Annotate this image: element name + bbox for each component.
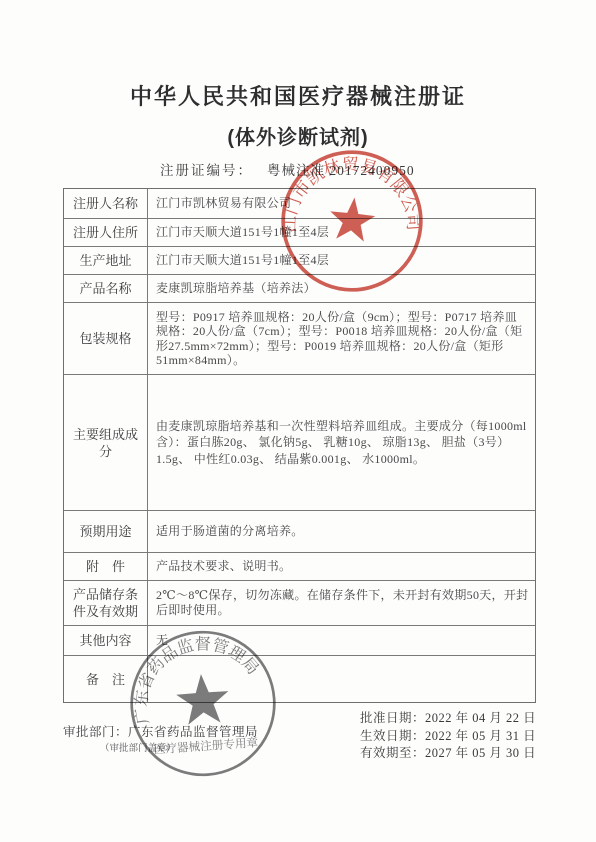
- expiry-date-label: 有效期至：: [360, 746, 425, 760]
- row-value: 江门市天顺大道151号1幢1至4层: [148, 219, 535, 246]
- registration-number-line: 注册证编号：粤械注准 20172400950: [160, 159, 415, 179]
- effective-date-label: 生效日期：: [360, 729, 425, 743]
- effective-date-value: 2022 年 05 月 31 日: [425, 729, 536, 743]
- row-value: 2℃～8℃保存，切勿冻藏。在储存条件下，未开封有效期50天，开封后即时使用。: [148, 581, 535, 625]
- certificate-page: 中华人民共和国医疗器械注册证 (体外诊断试剂) 注册证编号：粤械注准 20172…: [0, 0, 596, 842]
- approval-department-line: 审批部门：广东省药品监督管理局: [63, 722, 258, 740]
- certificate-title: 中华人民共和国医疗器械注册证: [0, 80, 596, 111]
- row-label: 产品储存条件及有效期: [64, 581, 148, 625]
- table-row: 注册人住所 江门市天顺大道151号1幢1至4层: [64, 218, 535, 246]
- certificate-table: 注册人名称 江门市凯林贸易有限公司 注册人住所 江门市天顺大道151号1幢1至4…: [63, 188, 536, 703]
- table-row: 生产地址 江门市天顺大道151号1幢1至4层: [64, 246, 535, 274]
- row-label: 包装规格: [64, 303, 148, 374]
- row-value: 麦康凯琼脂培养基（培养法）: [148, 275, 535, 302]
- row-label: 生产地址: [64, 247, 148, 274]
- expiry-date-line: 有效期至：2027 年 05 月 30 日: [360, 745, 536, 763]
- table-row: 包装规格 型号：P0917 培养皿规格：20人份/盒（9cm）；型号：P0717…: [64, 302, 535, 374]
- table-row: 产品储存条件及有效期 2℃～8℃保存，切勿冻藏。在储存条件下，未开封有效期50天…: [64, 580, 535, 625]
- row-label: 附 件: [64, 553, 148, 580]
- registration-number-value: 粤械注准 20172400950: [267, 163, 415, 178]
- table-row: 主要组成成分 由麦康凯琼脂培养基和一次性塑料培养皿组成。主要成分（每1000ml…: [64, 374, 535, 510]
- registration-number-label: 注册证编号：: [160, 163, 253, 178]
- table-row: 注册人名称 江门市凯林贸易有限公司: [64, 189, 535, 218]
- approval-date-value: 2022 年 04 月 22 日: [425, 711, 536, 725]
- row-value: 江门市凯林贸易有限公司: [148, 189, 535, 218]
- row-label: 备 注: [64, 656, 148, 702]
- table-row: 附 件 产品技术要求、说明书。: [64, 552, 535, 580]
- table-row: 产品名称 麦康凯琼脂培养基（培养法）: [64, 274, 535, 302]
- table-row: 备 注: [64, 655, 535, 702]
- row-label: 注册人名称: [64, 189, 148, 218]
- approval-date-line: 批准日期：2022 年 04 月 22 日: [360, 710, 536, 728]
- row-label: 预期用途: [64, 511, 148, 552]
- table-row: 预期用途 适用于肠道菌的分离培养。: [64, 510, 535, 552]
- approval-date-label: 批准日期：: [360, 711, 425, 725]
- row-value: 适用于肠道菌的分离培养。: [148, 511, 535, 552]
- row-value: 由麦康凯琼脂培养基和一次性塑料培养皿组成。主要成分（每1000ml含）：蛋白胨2…: [148, 375, 535, 510]
- dates-block: 批准日期：2022 年 04 月 22 日 生效日期：2022 年 05 月 3…: [360, 710, 536, 763]
- approval-stamp-note: （审批部门盖章）: [100, 740, 176, 754]
- row-value: 型号：P0917 培养皿规格：20人份/盒（9cm）；型号：P0717 培养皿规…: [148, 303, 535, 374]
- row-value: 无: [148, 626, 535, 655]
- row-label: 注册人住所: [64, 219, 148, 246]
- row-label: 主要组成成分: [64, 375, 148, 510]
- row-value: [148, 656, 535, 702]
- row-value: 江门市天顺大道151号1幢1至4层: [148, 247, 535, 274]
- expiry-date-value: 2027 年 05 月 30 日: [425, 746, 536, 760]
- row-value: 产品技术要求、说明书。: [148, 553, 535, 580]
- effective-date-line: 生效日期：2022 年 05 月 31 日: [360, 728, 536, 746]
- table-row: 其他内容 无: [64, 625, 535, 655]
- certificate-subtitle: (体外诊断试剂): [0, 121, 596, 150]
- row-label: 其他内容: [64, 626, 148, 655]
- row-label: 产品名称: [64, 275, 148, 302]
